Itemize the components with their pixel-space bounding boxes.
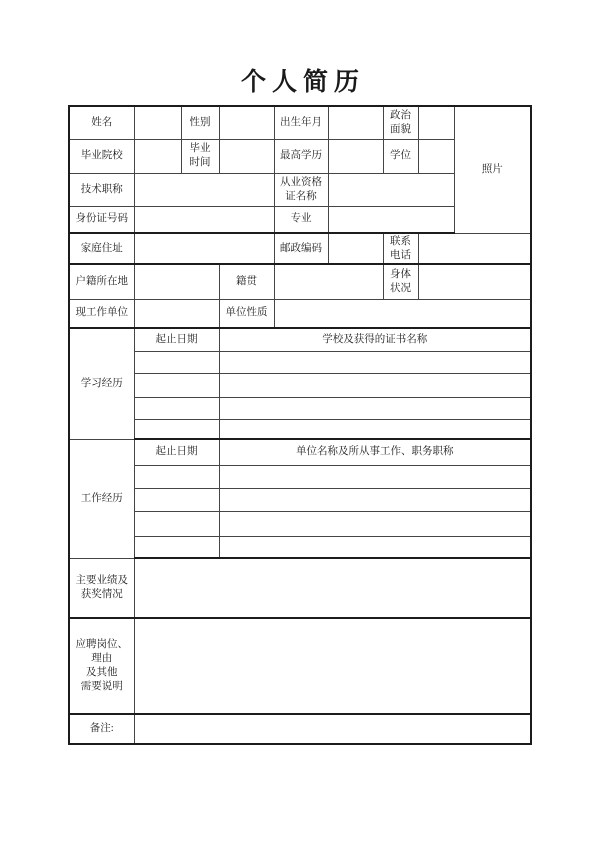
education-content-input-cell[interactable]	[219, 373, 531, 397]
household-location-label: 户籍所在地	[69, 264, 134, 299]
highest-education-input-cell[interactable]	[328, 139, 383, 173]
education-date-column-header: 起止日期	[134, 328, 219, 351]
highest-education-label: 最高学历	[274, 139, 328, 173]
remarks-input-cell[interactable]	[134, 714, 531, 744]
education-content-input-cell[interactable]	[219, 419, 531, 439]
achievements-input-cell[interactable]	[134, 558, 531, 618]
major-input-cell[interactable]	[328, 206, 454, 233]
work-content-input-cell[interactable]	[219, 536, 531, 558]
home-address-label: 家庭住址	[69, 233, 134, 264]
work-content-input-cell[interactable]	[219, 511, 531, 536]
id-number-input-cell[interactable]	[134, 206, 274, 233]
birth-date-input-cell[interactable]	[328, 106, 383, 139]
household-location-input-cell[interactable]	[134, 264, 219, 299]
contact-phone-input-cell[interactable]	[418, 233, 531, 264]
work-date-column-header: 起止日期	[134, 439, 219, 465]
political-status-label: 政治 面貌	[383, 106, 418, 139]
name-input-cell[interactable]	[134, 106, 181, 139]
graduation-time-label: 毕业 时间	[181, 139, 219, 173]
resume-form-table: 姓名 性别 出生年月 政治 面貌 照片 毕业院校 毕业 时间 最高学历 学位 技…	[68, 105, 532, 745]
education-date-input-cell[interactable]	[134, 373, 219, 397]
remarks-label: 备注:	[69, 714, 134, 744]
current-employer-input-cell[interactable]	[134, 299, 219, 328]
contact-phone-label: 联系 电话	[383, 233, 418, 264]
employer-type-input-cell[interactable]	[274, 299, 531, 328]
health-status-input-cell[interactable]	[418, 264, 531, 299]
postal-code-label: 邮政编码	[274, 233, 328, 264]
work-date-input-cell[interactable]	[134, 511, 219, 536]
gender-input-cell[interactable]	[219, 106, 274, 139]
work-content-input-cell[interactable]	[219, 488, 531, 511]
major-label: 专业	[274, 206, 328, 233]
qualification-cert-input-cell[interactable]	[328, 173, 454, 206]
gender-label: 性别	[181, 106, 219, 139]
education-date-input-cell[interactable]	[134, 397, 219, 419]
photo-cell[interactable]: 照片	[454, 106, 531, 233]
degree-input-cell[interactable]	[418, 139, 454, 173]
graduation-time-input-cell[interactable]	[219, 139, 274, 173]
education-content-input-cell[interactable]	[219, 397, 531, 419]
native-place-input-cell[interactable]	[274, 264, 383, 299]
education-content-input-cell[interactable]	[219, 351, 531, 373]
degree-label: 学位	[383, 139, 418, 173]
qualification-cert-label: 从业资格 证名称	[274, 173, 328, 206]
application-input-cell[interactable]	[134, 618, 531, 714]
work-content-input-cell[interactable]	[219, 465, 531, 488]
work-content-column-header: 单位名称及所从事工作、职务职称	[219, 439, 531, 465]
resume-page: 个人简历 姓名 性别 出生年月 政治 面貌 照片 毕业院校 毕业 时间 最高学历	[0, 0, 600, 848]
postal-code-input-cell[interactable]	[328, 233, 383, 264]
employer-type-label: 单位性质	[219, 299, 274, 328]
page-title: 个人简历	[0, 70, 600, 95]
technical-title-label: 技术职称	[69, 173, 134, 206]
education-content-column-header: 学校及获得的证书名称	[219, 328, 531, 351]
native-place-label: 籍贯	[219, 264, 274, 299]
work-date-input-cell[interactable]	[134, 465, 219, 488]
education-history-section-label: 学习经历	[69, 328, 134, 439]
education-date-input-cell[interactable]	[134, 419, 219, 439]
work-history-section-label: 工作经历	[69, 439, 134, 558]
achievements-section-label: 主要业绩及 获奖情况	[69, 558, 134, 618]
political-status-input-cell[interactable]	[418, 106, 454, 139]
birth-date-label: 出生年月	[274, 106, 328, 139]
education-date-input-cell[interactable]	[134, 351, 219, 373]
graduate-school-input-cell[interactable]	[134, 139, 181, 173]
home-address-input-cell[interactable]	[134, 233, 274, 264]
graduate-school-label: 毕业院校	[69, 139, 134, 173]
name-label: 姓名	[69, 106, 134, 139]
application-section-label: 应聘岗位、 理由 及其他 需要说明	[69, 618, 134, 714]
work-date-input-cell[interactable]	[134, 488, 219, 511]
technical-title-input-cell[interactable]	[134, 173, 274, 206]
health-status-label: 身体 状况	[383, 264, 418, 299]
work-date-input-cell[interactable]	[134, 536, 219, 558]
id-number-label: 身份证号码	[69, 206, 134, 233]
current-employer-label: 现工作单位	[69, 299, 134, 328]
